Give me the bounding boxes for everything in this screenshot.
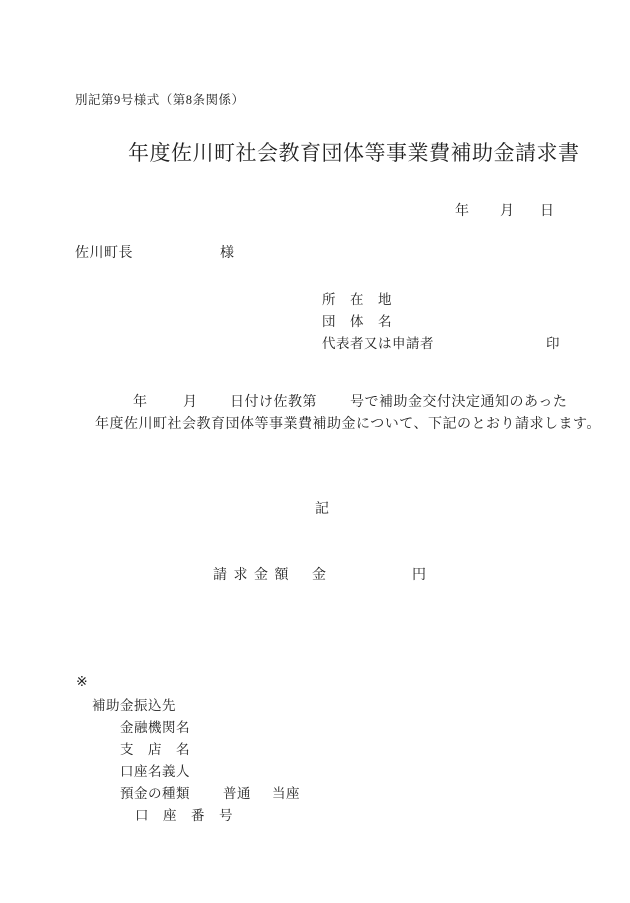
amount-label: 請求金額 [213,569,295,583]
addressee-honorific: 様 [220,247,235,261]
body-line1-date-suffix: 日付け佐教第 [230,396,317,410]
account-holder-label: 口座名義人 [120,765,190,779]
document-title: 年度佐川町社会教育団体等事業費補助金請求書 [128,143,580,164]
applicant-representative-label: 代表者又は申請者 [322,337,434,351]
deposit-type-ordinary: 普通 [223,787,251,801]
amount-unit: 円 [412,569,427,583]
bank-name-label: 金融機関名 [120,721,190,735]
applicant-organization-label: 団 体 名 [322,315,392,329]
body-line1-year: 年 [133,396,148,410]
body-line2: 年度佐川町社会教育団体等事業費補助金について、下記のとおり請求します。 [95,418,601,432]
form-number: 別記第9号様式（第8条関係） [75,94,245,107]
date-day-label: 日 [540,205,555,219]
seal-mark: 印 [546,337,560,351]
deposit-type-label: 預金の種類 [120,787,190,801]
note-asterisk: ※ [76,676,88,690]
amount-prefix: 金 [312,569,327,583]
applicant-address-label: 所 在 地 [322,293,392,307]
account-number-label: 口 座 番 号 [135,809,233,823]
addressee-name: 佐川町長 [75,247,133,261]
section-marker: 記 [315,503,330,517]
body-line1-month: 月 [183,396,198,410]
body-line1-number-suffix: 号で補助金交付決定通知のあった [350,396,567,410]
document-page: 別記第9号様式（第8条関係） 年度佐川町社会教育団体等事業費補助金請求書 年 月… [0,0,630,903]
date-month-label: 月 [500,205,515,219]
transfer-heading: 補助金振込先 [92,699,176,713]
date-year-label: 年 [455,205,470,219]
branch-name-label: 支 店 名 [120,743,190,757]
deposit-type-current: 当座 [272,787,300,801]
